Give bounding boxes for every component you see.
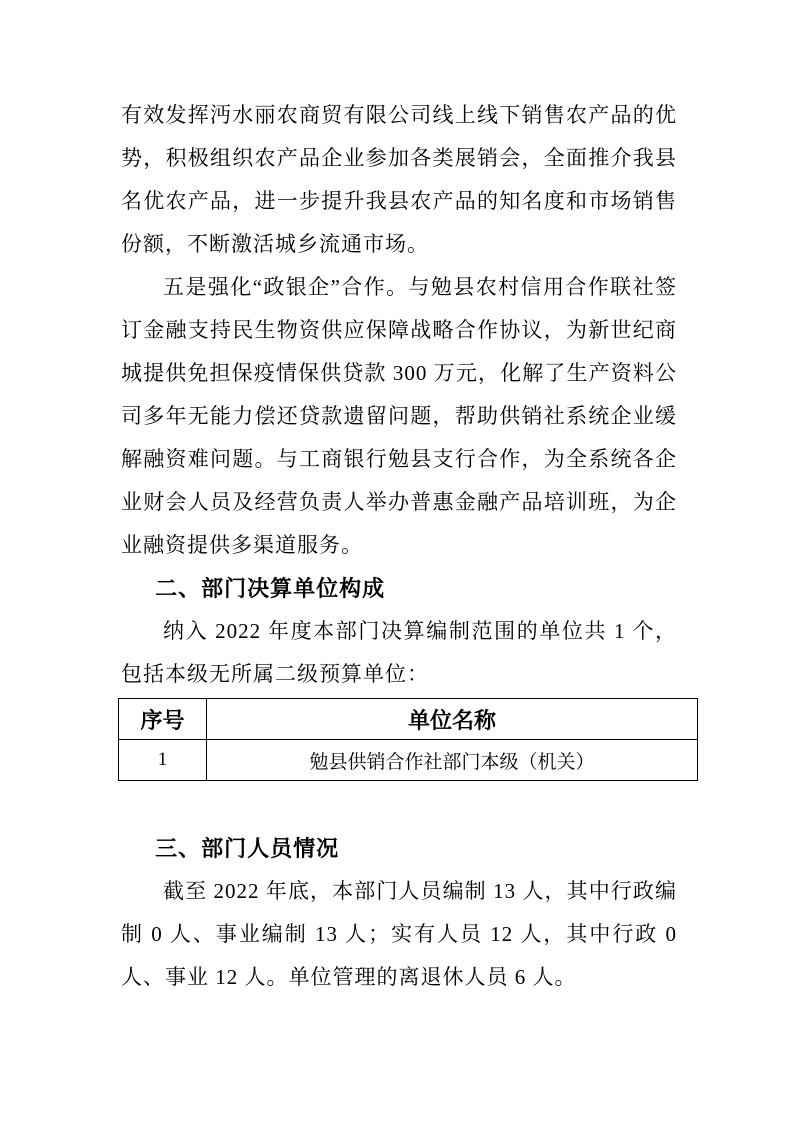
unit-table-head: 序号 单位名称 [119,699,698,740]
table-row: 1 勉县供销合作社部门本级（机关） [119,740,698,781]
section-heading-unit-composition: 二、部门决算单位构成 [121,567,677,610]
paragraph-market-promotion: 有效发挥沔水丽农商贸有限公司线上线下销售农产品的优势，积极组织农产品企业参加各类… [121,94,677,266]
document-content: 有效发挥沔水丽农商贸有限公司线上线下销售农产品的优势，积极组织农产品企业参加各类… [121,94,677,999]
paragraph-bank-cooperation: 五是强化“政银企”合作。与勉县农村信用合作联社签订金融支持民生物资供应保障战略合… [121,266,677,567]
table-header-unit-name: 单位名称 [207,699,698,740]
unit-table-body: 1 勉县供销合作社部门本级（机关） [119,740,698,781]
table-header-serial-number: 序号 [119,699,207,740]
unit-table-header-row: 序号 单位名称 [119,699,698,740]
cell-serial-number: 1 [119,740,207,781]
paragraph-unit-scope: 纳入 2022 年度本部门决算编制范围的单位共 1 个，包括本级无所属二级预算单… [121,610,677,696]
document-page: 有效发挥沔水丽农商贸有限公司线上线下销售农产品的优势，积极组织农产品企业参加各类… [0,0,793,1122]
cell-unit-name: 勉县供销合作社部门本级（机关） [207,740,698,781]
unit-table: 序号 单位名称 1 勉县供销合作社部门本级（机关） [118,698,698,781]
paragraph-personnel-details: 截至 2022 年底，本部门人员编制 13 人，其中行政编制 0 人、事业编制 … [121,870,677,999]
section-heading-personnel: 三、部门人员情况 [121,827,677,870]
